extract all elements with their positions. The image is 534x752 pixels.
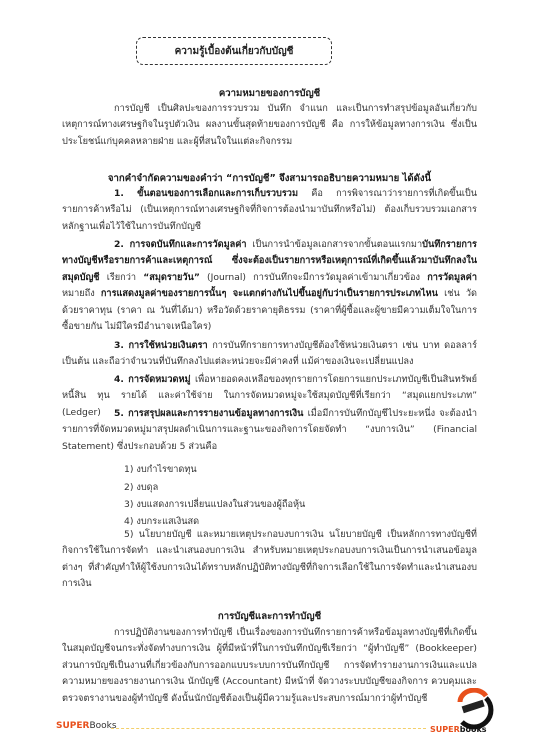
- item-number: 5.: [114, 408, 124, 419]
- list-item-2: 2. การจดบันทึกและการวัดมูลค่า เป็นการนำข…: [62, 237, 477, 335]
- logo-books: books: [460, 725, 487, 734]
- item-text: หมายถึง: [62, 288, 101, 299]
- list-item-5: 5. การสรุปผลและการรายงานข้อมูลทางการเงิน…: [62, 406, 477, 455]
- item-text: เรียกว่า: [100, 272, 144, 283]
- item-number: 4.: [114, 374, 124, 385]
- document-page: ความรู้เบื้องต้นเกี่ยวกับบัญชี ความหมายข…: [0, 0, 534, 752]
- statement-item-5: 5) นโยบายบัญชี และหมายเหตุประกอบงบการเงิ…: [62, 527, 477, 593]
- item-title: การใช้หน่วยเงินตรา: [128, 340, 207, 351]
- paragraph-bookkeeping: การปฏิบัติงานของการทำบัญชี เป็นเรื่องของ…: [62, 625, 477, 707]
- item-title: การจดบันทึกและการวัดมูลค่า: [130, 239, 247, 250]
- statement-item-2: 2) งบดุล: [124, 480, 158, 495]
- item-number: 3.: [114, 340, 124, 351]
- section-heading-bookkeeping: การบัญชีและการทำบัญชี: [62, 609, 477, 624]
- item-title: การจัดหมวดหมู่: [128, 374, 190, 385]
- brand-super: SUPER: [56, 721, 89, 731]
- item-text: การบันทึกรายการทางบัญชีต้องใช้หน่วยเงินต…: [62, 340, 477, 367]
- statement-item-1: 1) งบกำไรขาดทุน: [124, 462, 197, 477]
- section-heading-meaning: ความหมายของการบัญชี: [62, 86, 477, 101]
- logo-super: SUPER: [430, 725, 460, 734]
- footer-brand: SUPERBooks: [56, 721, 117, 731]
- item-emphasis: “สมุดรายวัน”: [143, 272, 200, 283]
- item-text: (Journal) การบันทึกจะมีการวัดมูลค่าเข้าม…: [200, 272, 427, 283]
- logo-wordmark: SUPERbooks: [430, 725, 487, 734]
- item-title: ขั้นตอนของการเลือกและการเก็บรวบรวม: [137, 188, 298, 199]
- paragraph-meaning: การบัญชี เป็นศิลปะของการรวบรวม บันทึก จำ…: [62, 101, 477, 150]
- item-title: การสรุปผลและการรายงานข้อมูลทางการเงิน: [128, 408, 303, 419]
- item-emphasis: การแสดงมูลค่าของรายการนั้นๆ จะแตกต่างกัน…: [101, 288, 438, 299]
- page-title: ความรู้เบื้องต้นเกี่ยวกับบัญชี: [175, 44, 294, 59]
- item-emphasis: การวัดมูลค่า: [427, 272, 477, 283]
- item-number: 1.: [114, 188, 124, 199]
- item-text: เป็นการนำข้อมูลเอกสารจากขั้นตอนแรกมา: [247, 239, 423, 250]
- title-box: ความรู้เบื้องต้นเกี่ยวกับบัญชี: [136, 37, 332, 65]
- item-number: 2.: [114, 239, 124, 250]
- footer-divider: [111, 728, 426, 729]
- statement-item-3: 3) งบแสดงการเปลี่ยนแปลงในส่วนของผู้ถือหุ…: [124, 497, 305, 512]
- list-item-1: 1. ขั้นตอนของการเลือกและการเก็บรวบรวม คื…: [62, 186, 477, 235]
- section-heading-definition: จากคำจำกัดความของคำว่า “การบัญชี” จึงสาม…: [62, 171, 477, 186]
- list-item-3: 3. การใช้หน่วยเงินตรา การบันทึกรายการทาง…: [62, 338, 477, 371]
- brand-books: Books: [89, 721, 116, 731]
